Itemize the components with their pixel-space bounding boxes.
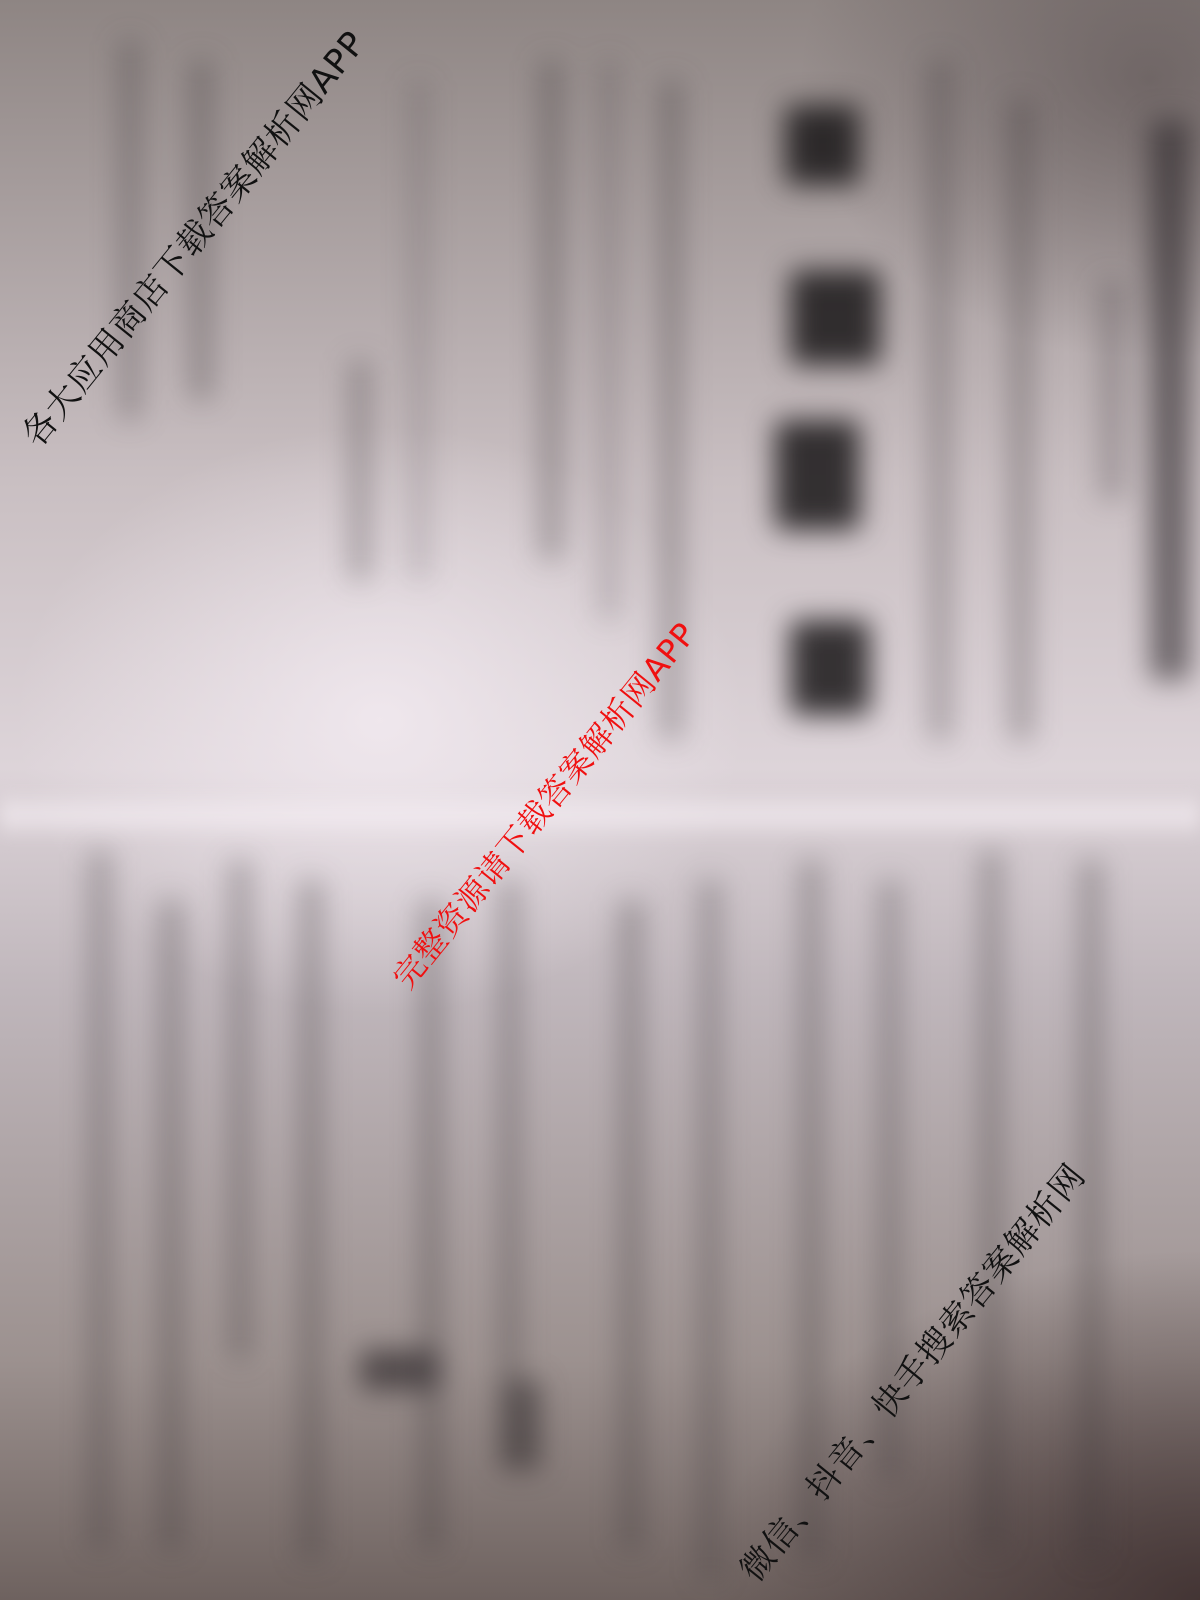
title-char-1 <box>785 105 860 185</box>
title-char-2 <box>790 270 880 365</box>
title-char-3 <box>775 420 860 530</box>
title-char-4 <box>790 620 870 715</box>
page-fold <box>0 790 1200 840</box>
